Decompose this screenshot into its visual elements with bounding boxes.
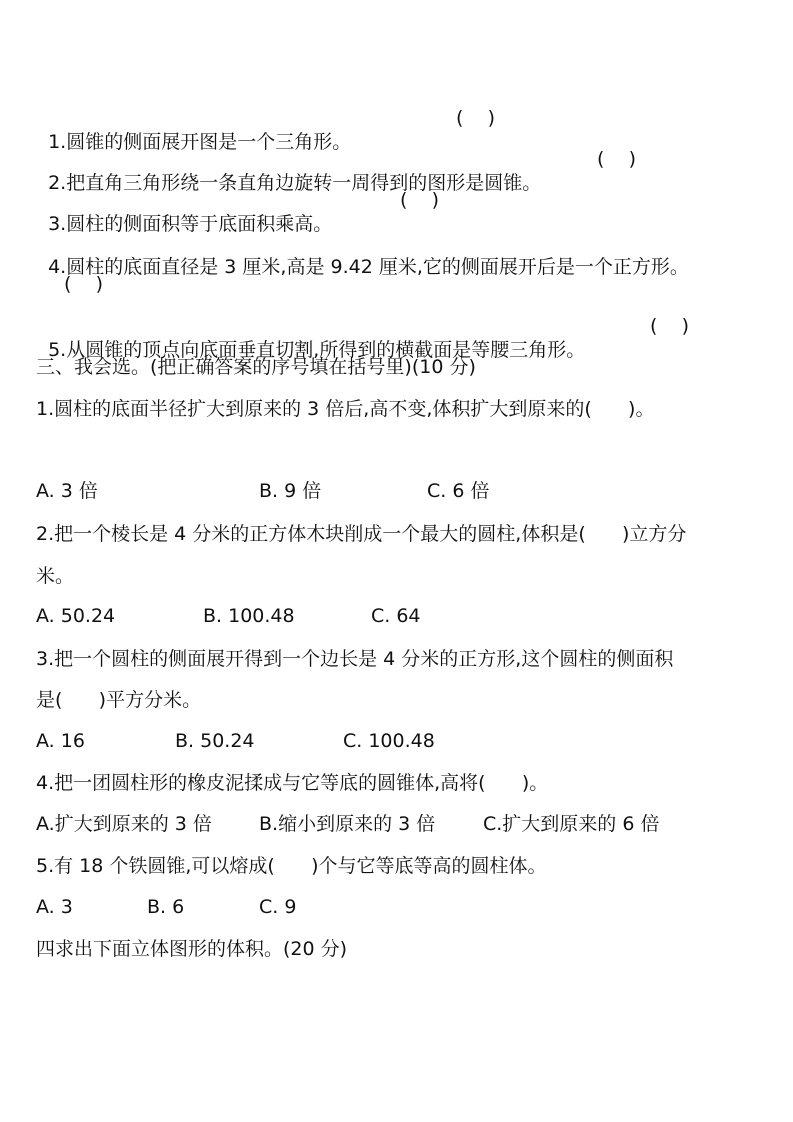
answer-blank[interactable]: ( ) [400, 188, 439, 212]
item-text: 圆柱的底面直径是 3 厘米,高是 9.42 厘米,它的侧面展开后是一个正方形。 [66, 256, 689, 278]
answer-blank[interactable]: ( ) [650, 314, 689, 338]
option-c[interactable]: C. 6 倍 [427, 479, 489, 503]
option-a[interactable]: A.扩大到原来的 3 倍 [36, 812, 212, 836]
answer-blank[interactable]: ( ) [456, 106, 495, 130]
option-c[interactable]: C. 9 [259, 895, 296, 919]
choice-question-5: 5.有 18 个铁圆锥,可以熔成( )个与它等底等高的圆柱体。 [36, 854, 547, 878]
option-b[interactable]: B.缩小到原来的 3 倍 [259, 812, 435, 836]
option-a[interactable]: A. 50.24 [36, 604, 115, 628]
choice-question-1: 1.圆柱的底面半径扩大到原来的 3 倍后,高不变,体积扩大到原来的( )。 [36, 397, 654, 421]
choice-question-3: 3.把一个圆柱的侧面展开得到一个边长是 4 分米的正方形,这个圆柱的侧面积 [36, 647, 673, 671]
answer-blank[interactable]: ( ) [597, 147, 636, 171]
answer-blank[interactable]: ( ) [64, 272, 103, 296]
option-a[interactable]: A. 16 [36, 729, 85, 753]
choice-question-2: 2.把一个棱长是 4 分米的正方体木块削成一个最大的圆柱,体积是( )立方分 [36, 522, 686, 546]
option-b[interactable]: B. 6 [147, 895, 184, 919]
judgment-item-4: 4.圆柱的底面直径是 3 厘米,高是 9.42 厘米,它的侧面展开后是一个正方形… [36, 231, 689, 279]
option-a[interactable]: A. 3 倍 [36, 479, 98, 503]
option-c[interactable]: C.扩大到原来的 6 倍 [483, 812, 659, 836]
choice-question-3-cont: 是( )平方分米。 [36, 688, 201, 712]
judgment-item-3: 3.圆柱的侧面积等于底面积乘高。 [36, 188, 332, 236]
option-c[interactable]: C. 64 [371, 604, 421, 628]
option-b[interactable]: B. 50.24 [175, 729, 255, 753]
section-4-title: 四求出下面立体图形的体积。(20 分) [36, 937, 347, 961]
choice-question-2-cont: 米。 [36, 564, 74, 588]
option-b[interactable]: B. 9 倍 [259, 479, 321, 503]
option-a[interactable]: A. 3 [36, 895, 73, 919]
choice-question-4: 4.把一团圆柱形的橡皮泥揉成与它等底的圆锥体,高将( )。 [36, 771, 548, 795]
option-b[interactable]: B. 100.48 [203, 604, 295, 628]
option-c[interactable]: C. 100.48 [343, 729, 435, 753]
section-3-title: 三、我会选。(把正确答案的序号填在括号里)(10 分) [36, 355, 476, 379]
